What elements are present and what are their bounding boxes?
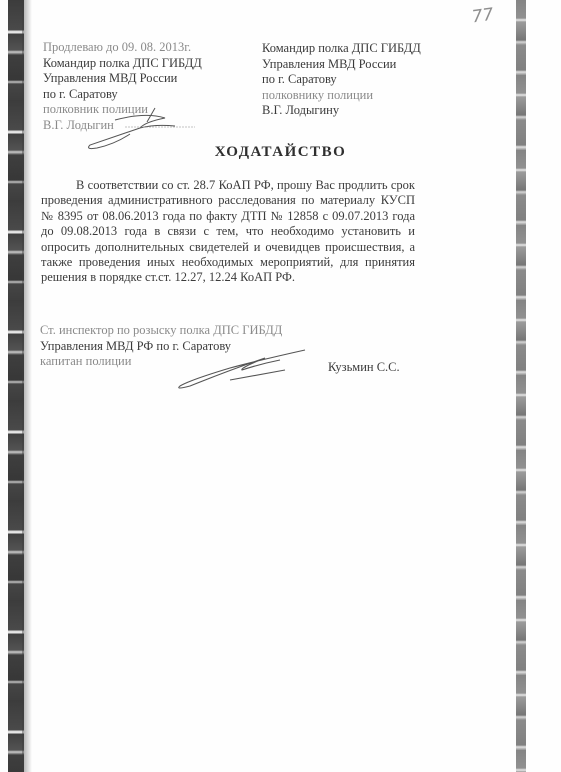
- petition-body: В соответствии со ст. 28.7 КоАП РФ, прош…: [41, 178, 415, 286]
- addressee-line: по г. Саратову: [262, 72, 421, 88]
- document-title: ХОДАТАЙСТВО: [0, 144, 561, 161]
- scanned-document-page: 77 Продлеваю до 09. 08. 2013г. Командир …: [0, 0, 561, 772]
- scan-edge-right: [516, 0, 526, 772]
- resolution-line: Управления МВД России: [43, 71, 202, 87]
- signatory-line: Ст. инспектор по розыску полка ДПС ГИБДД: [40, 323, 282, 339]
- resolution-line: Командир полка ДПС ГИБДД: [43, 56, 202, 72]
- signatory-name: Кузьмин С.С.: [328, 360, 400, 376]
- scan-edge-shadow: [22, 0, 32, 772]
- addressee-line: Управления МВД России: [262, 57, 421, 73]
- petition-paragraph: В соответствии со ст. 28.7 КоАП РФ, прош…: [41, 178, 415, 286]
- addressee-line: Командир полка ДПС ГИБДД: [262, 41, 421, 57]
- inspector-signature: [170, 340, 310, 395]
- addressee-block: Командир полка ДПС ГИБДД Управления МВД …: [262, 41, 421, 119]
- addressee-line: полковнику полиции: [262, 88, 421, 104]
- resolution-text: Продлеваю до 09. 08. 2013г.: [43, 40, 202, 56]
- addressee-line: В.Г. Лодыгину: [262, 103, 421, 119]
- page-number: 77: [471, 5, 495, 28]
